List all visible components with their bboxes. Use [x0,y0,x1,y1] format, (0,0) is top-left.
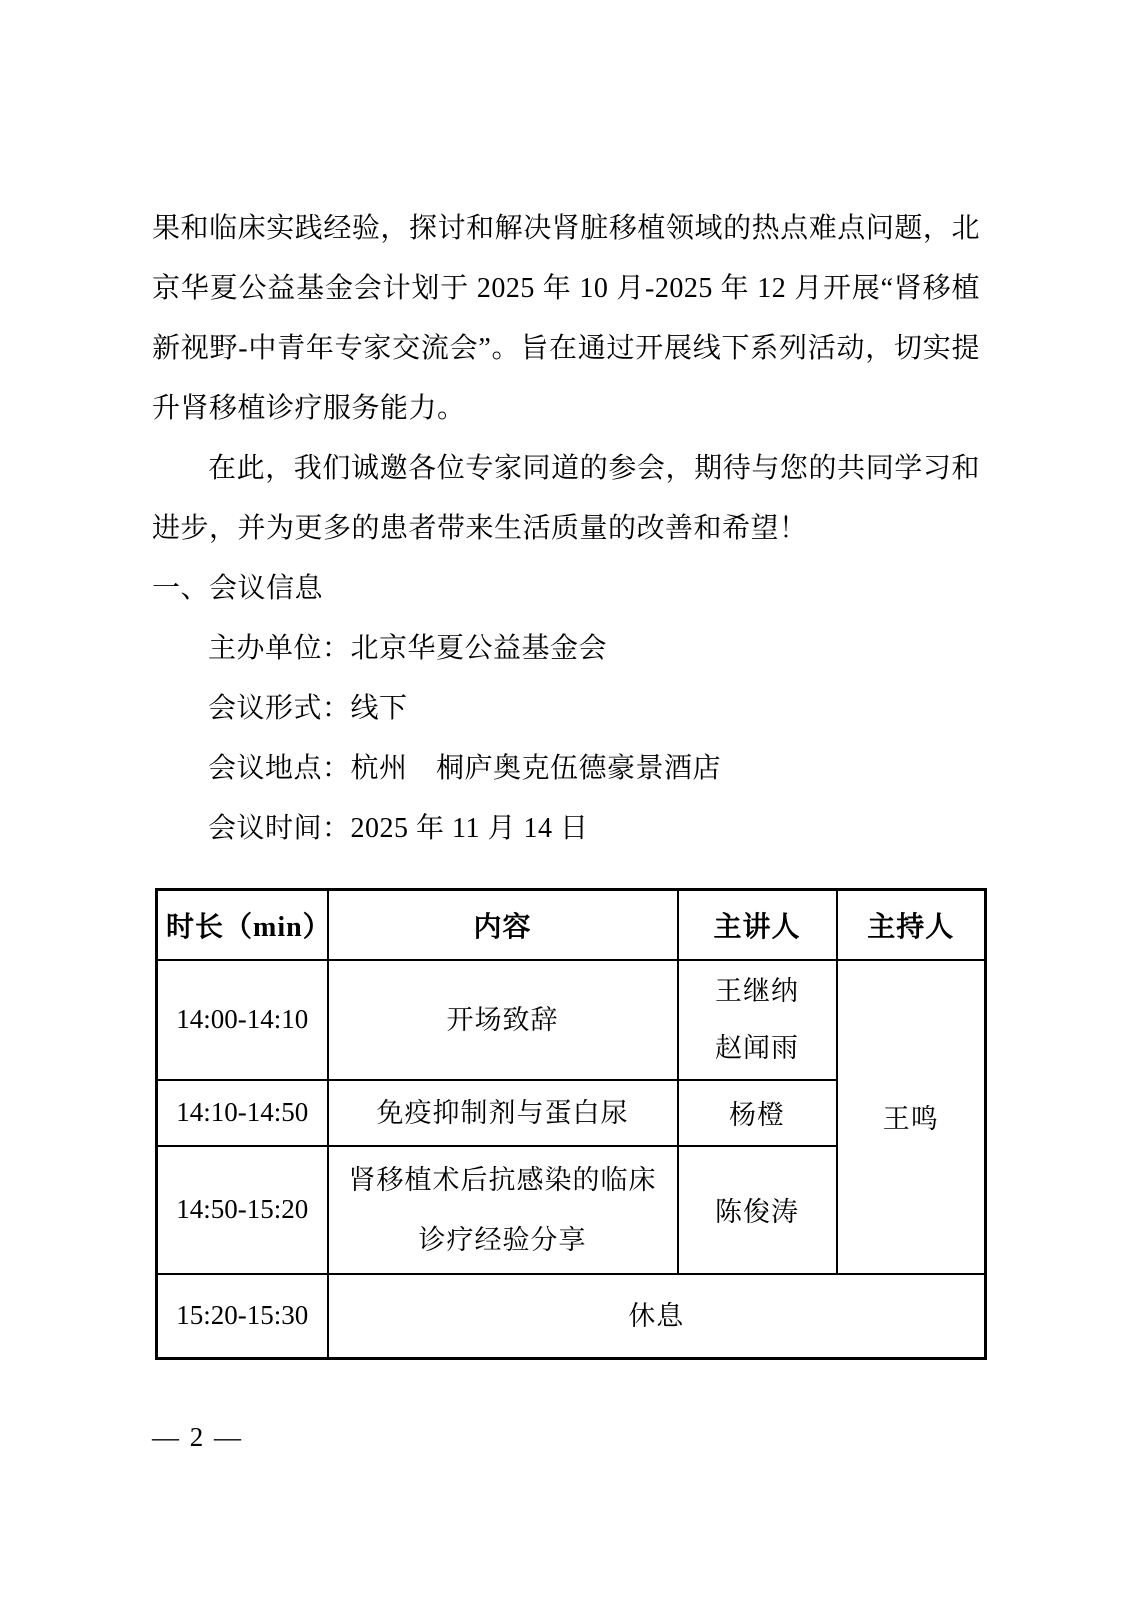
cell-time-talk1: 14:10-14:50 [157,1080,328,1146]
table-header-row: 时长（min） 内容 主讲人 主持人 [157,890,986,960]
section-heading: 一、会议信息 [152,559,980,619]
body-paragraph-2: 在此，我们诚邀各位专家同道的参会，期待与您的共同学习和进步，并为更多的患者带来生… [152,439,980,559]
cell-time-opening: 14:00-14:10 [157,960,328,1080]
meeting-info-organizer: 主办单位：北京华夏公益基金会 [152,619,980,679]
cell-moderator: 王鸣 [837,960,986,1274]
body-paragraph-1: 果和临床实践经验，探讨和解决肾脏移植领域的热点难点问题，北京华夏公益基金会计划于… [152,199,980,439]
cell-content-break: 休息 [328,1274,986,1359]
page-number: — 2 — [152,1422,243,1453]
schedule-table: 时长（min） 内容 主讲人 主持人 14:00-14:10 开场致辞 王继纳 … [155,888,987,1360]
cell-content-talk1: 免疫抑制剂与蛋白尿 [328,1080,678,1146]
speaker-name: 赵闻雨 [687,1020,828,1077]
cell-time-talk2: 14:50-15:20 [157,1146,328,1274]
table-header-duration: 时长（min） [157,890,328,960]
table-row: 14:00-14:10 开场致辞 王继纳 赵闻雨 王鸣 [157,960,986,1080]
cell-speaker-talk2: 陈俊涛 [678,1146,837,1274]
cell-content-talk2: 肾移植术后抗感染的临床诊疗经验分享 [328,1146,678,1274]
cell-speaker-talk1: 杨橙 [678,1080,837,1146]
cell-speakers-opening: 王继纳 赵闻雨 [678,960,837,1080]
body-text: 果和临床实践经验，探讨和解决肾脏移植领域的热点难点问题，北京华夏公益基金会计划于… [152,199,980,859]
table-header-speaker: 主讲人 [678,890,837,960]
meeting-info-format: 会议形式：线下 [152,679,980,739]
cell-time-break: 15:20-15:30 [157,1274,328,1359]
cell-content-opening: 开场致辞 [328,960,678,1080]
document-page: 果和临床实践经验，探讨和解决肾脏移植领域的热点难点问题，北京华夏公益基金会计划于… [0,0,1131,1600]
table-header-content: 内容 [328,890,678,960]
meeting-info-location: 会议地点：杭州 桐庐奥克伍德豪景酒店 [152,739,980,799]
meeting-info-date: 会议时间：2025 年 11 月 14 日 [152,799,980,859]
table-row: 15:20-15:30 休息 [157,1274,986,1359]
table-header-moderator: 主持人 [837,890,986,960]
speaker-name: 王继纳 [687,963,828,1020]
